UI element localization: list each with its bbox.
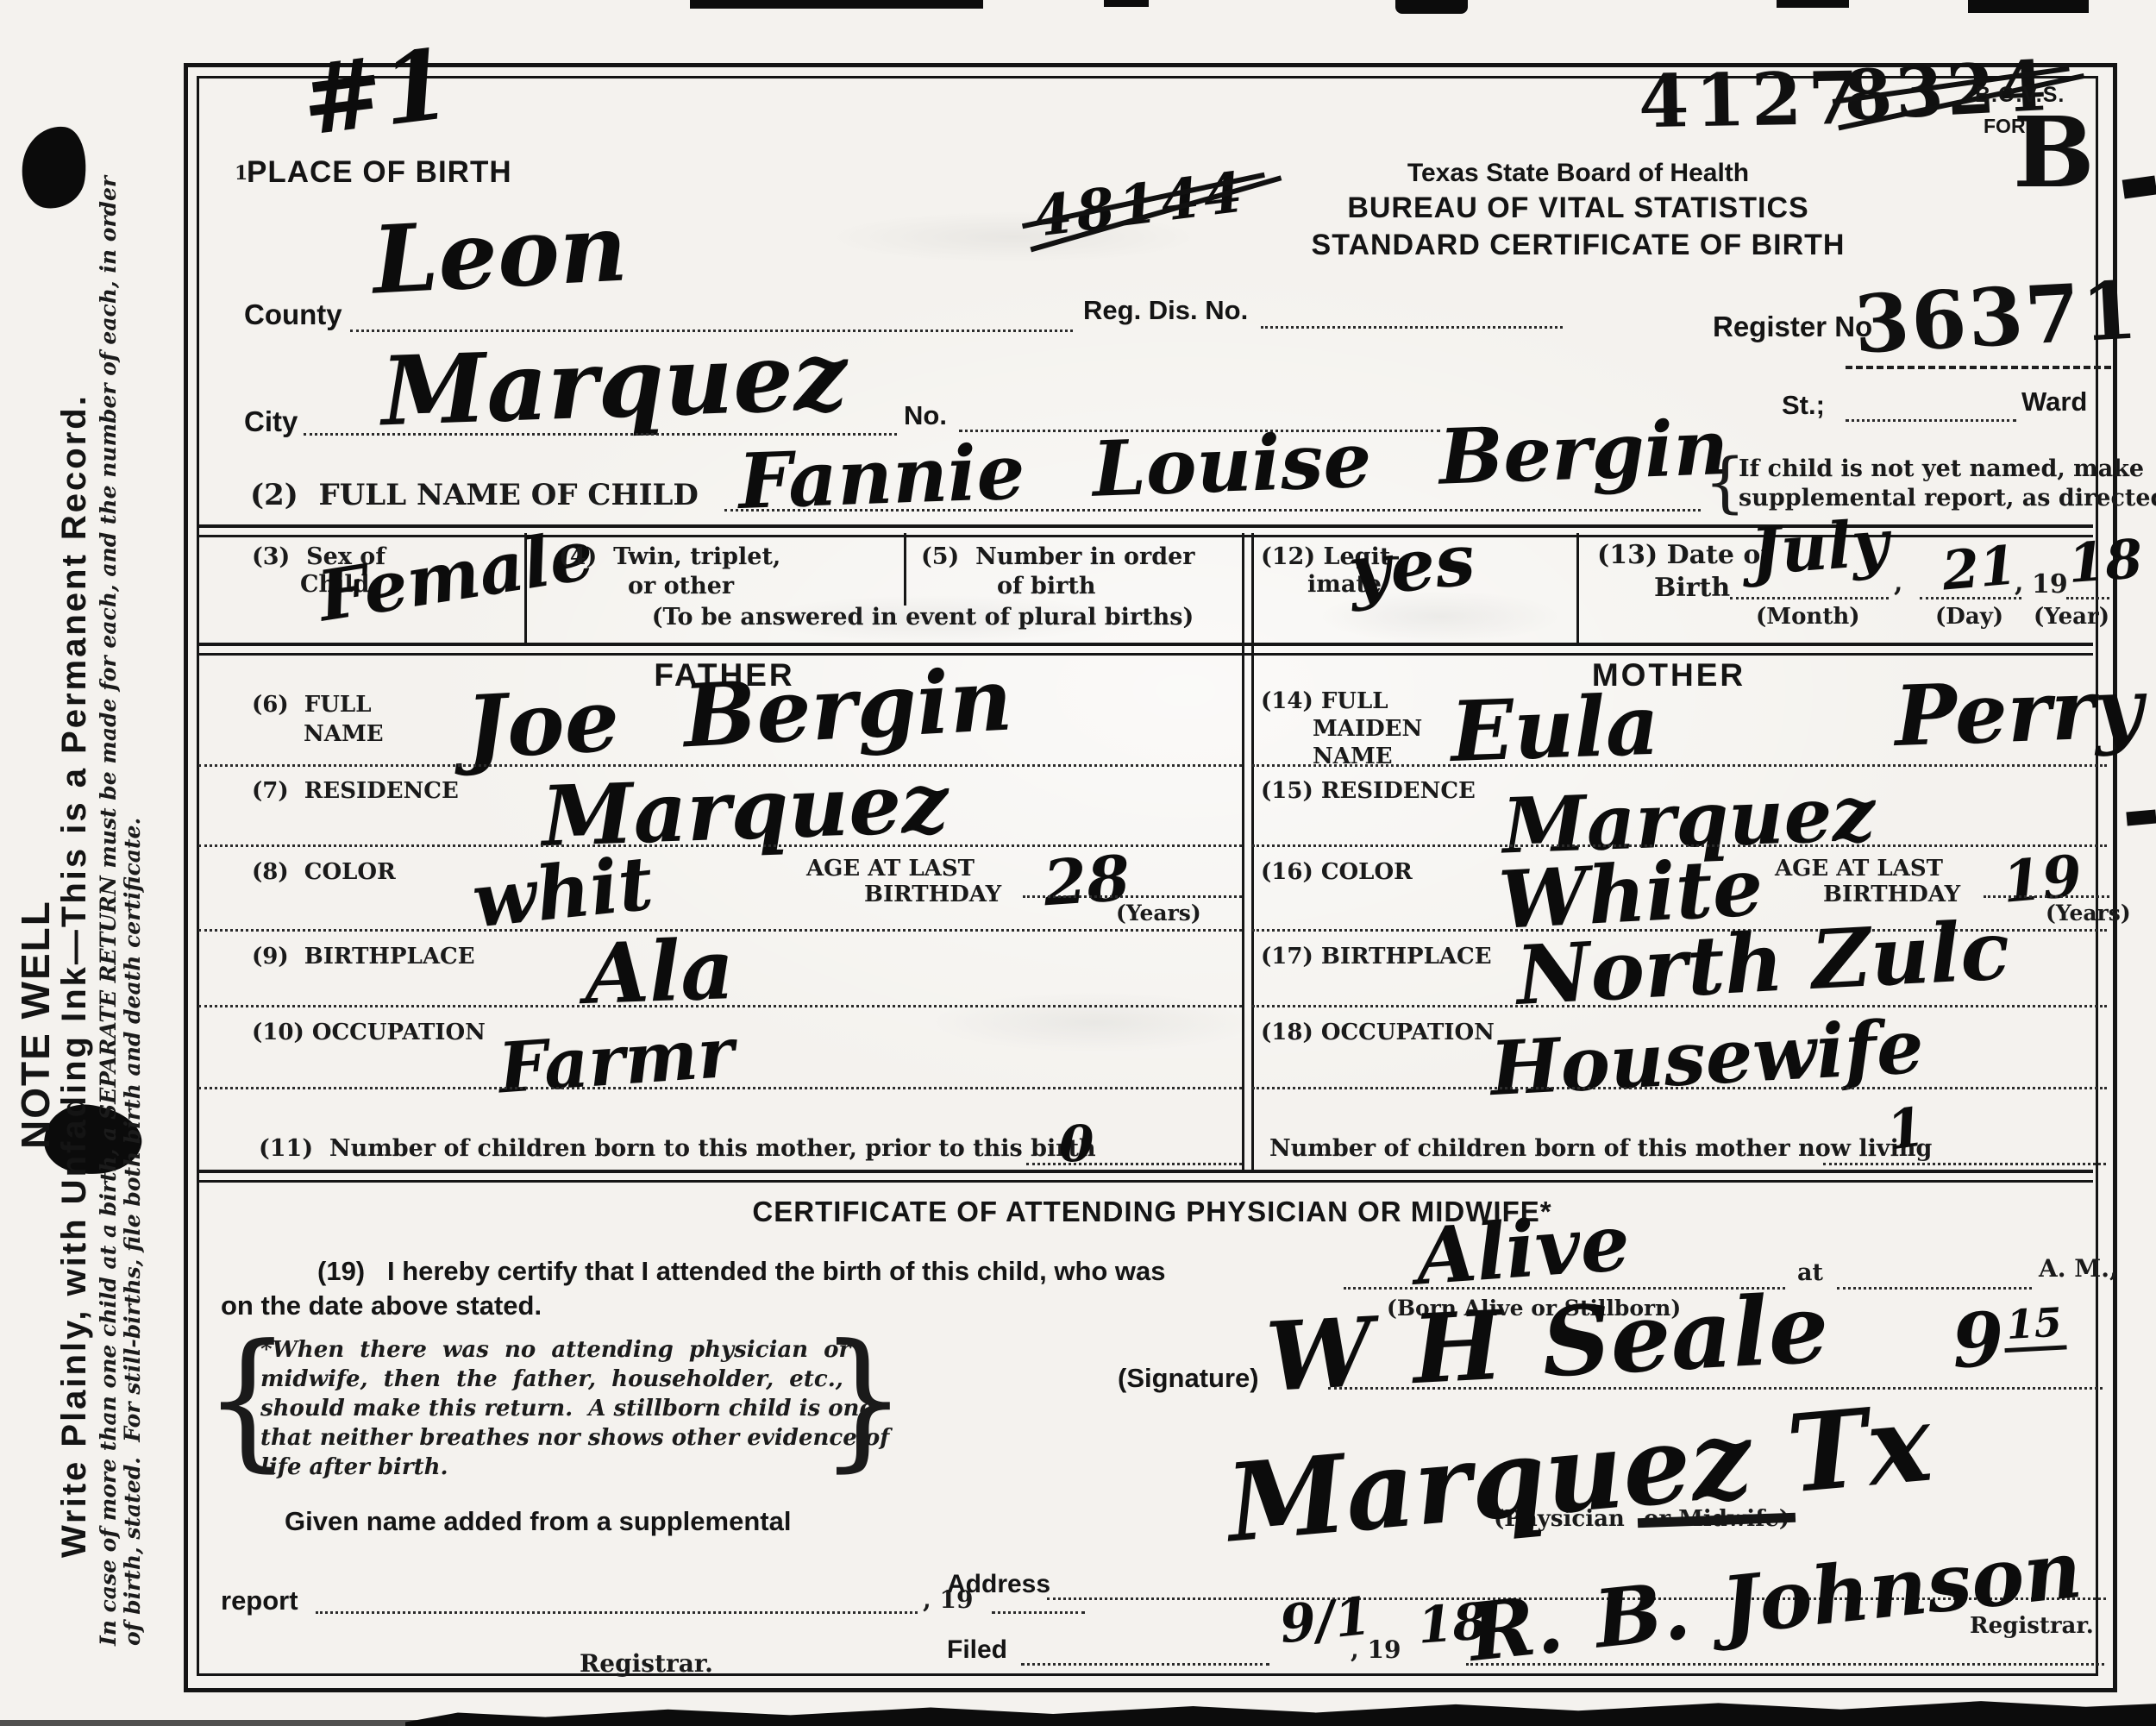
- city-label: City: [244, 405, 298, 438]
- supplemental-note: Given name added from a supplemental: [285, 1506, 791, 1537]
- mother-birthplace-label: (17) BIRTHPLACE: [1261, 944, 1492, 970]
- header-bureau: BUREAU OF VITAL STATISTICS: [1250, 191, 1906, 225]
- children-prior-label: (11) Number of children born to this mot…: [259, 1135, 1096, 1162]
- date-of-birth-label: (13) Date of: [1597, 540, 1771, 570]
- month-line: [1730, 597, 1889, 599]
- footnote-line4: that neither breathes nor shows other ev…: [260, 1423, 889, 1453]
- header-certificate-title: STANDARD CERTIFICATE OF BIRTH: [1250, 229, 1906, 262]
- scan-edge-mark: [1968, 0, 2089, 13]
- mother-age-label1: AGE AT LAST: [1775, 856, 1943, 882]
- father-age-label2: BIRTHDAY: [864, 882, 1001, 907]
- child-note-line2: supplemental report, as directed: [1739, 485, 2156, 512]
- mother-years-caption: (Years): [2046, 901, 2131, 926]
- full-name-of-child-label: (2) FULL NAME OF CHILD: [250, 478, 699, 512]
- mother-maiden-label: (14) FULL: [1261, 688, 1388, 714]
- day-line: [1920, 597, 2021, 599]
- row-separator: [1252, 1005, 2107, 1007]
- birth-time-hour: 9: [1950, 1296, 2006, 1385]
- form-header: Texas State Board of Health BUREAU OF VI…: [1250, 159, 1906, 262]
- number-in-order-label: (5) Number in order: [921, 543, 1195, 570]
- children-living-label: Number of children born of this mother n…: [1269, 1135, 1932, 1162]
- signature-line: [1328, 1387, 2103, 1390]
- father-occupation-value: Farmr: [496, 1012, 736, 1109]
- registrar-caption-left: Registrar.: [580, 1649, 713, 1678]
- section-rule: [198, 1170, 2093, 1183]
- date-comma2: ,: [2015, 568, 2023, 598]
- scanned-birth-certificate: NOTE WELL Write Plainly, with Unfading I…: [0, 0, 2156, 1726]
- margin-case-line1: In case of more than one child at a birt…: [97, 176, 121, 1646]
- father-color-label: (8) COLOR: [252, 859, 396, 885]
- mother-residence-label: (15) RESIDENCE: [1261, 778, 1476, 804]
- city-value: Marquez: [379, 320, 849, 448]
- handwritten-index-number: #1: [296, 28, 456, 158]
- file-number: 4127: [1638, 55, 1865, 145]
- place-of-birth-label: PLACE OF BIRTH: [247, 155, 512, 190]
- ward-label: Ward: [2021, 386, 2087, 417]
- date-comma: ,: [1894, 568, 1902, 598]
- center-divider: [1242, 533, 1254, 1170]
- row-separator: [198, 1005, 1242, 1007]
- father-age-line: [1023, 895, 1242, 898]
- birth-day-value: 21: [1940, 533, 2019, 602]
- footnote-line5: life after birth.: [260, 1453, 889, 1482]
- am-label: A. M.,: [2039, 1254, 2118, 1283]
- row-separator: [198, 1087, 1242, 1089]
- scan-bottom-band: [405, 1694, 2156, 1726]
- mother-color-label: (16) COLOR: [1261, 859, 1413, 885]
- report-year-line: [992, 1611, 1085, 1614]
- mother-age-label2: BIRTHDAY: [1823, 882, 1960, 907]
- scan-edge-mark: [2126, 810, 2156, 826]
- year-printed: 19: [2032, 569, 2068, 599]
- twin-triplet-label2: or other: [628, 573, 734, 599]
- margin-case-line2: of birth, stated. For still-births, file…: [121, 176, 145, 1646]
- margin-write-plainly: Write Plainly, with Unfading Ink—This is…: [55, 393, 94, 1558]
- footnote-line1: *When there was no attending physician o…: [260, 1335, 889, 1365]
- father-occupation-label: (10) OCCUPATION: [252, 1020, 486, 1045]
- mother-occupation-label: (18) OCCUPATION: [1261, 1020, 1495, 1045]
- father-full-name-label2: NAME: [304, 721, 384, 747]
- no-label: No.: [904, 400, 947, 431]
- birth-year-value: 18: [2066, 527, 2145, 595]
- form-letter-b: B: [2013, 97, 2095, 210]
- twin-triplet-label: (4) Twin, triplet,: [559, 543, 780, 570]
- year-caption: (Year): [2034, 604, 2109, 630]
- county-label: County: [244, 298, 342, 331]
- child-name-line: [724, 509, 1701, 512]
- margin-separate-return-note: In case of more than one child at a birt…: [97, 176, 145, 1646]
- birth-time-minutes: 15: [2002, 1298, 2066, 1353]
- st-label: St.;: [1782, 390, 1825, 421]
- register-label: Register No: [1713, 311, 1872, 343]
- children-living-line: [1823, 1163, 2106, 1165]
- column-divider: [904, 533, 906, 606]
- reg-dis-label: Reg. Dis. No.: [1083, 295, 1248, 326]
- children-prior-value: 0: [1059, 1114, 1094, 1173]
- filed-year-printed: , 19: [1351, 1635, 1401, 1664]
- scan-edge-mark: [1104, 0, 1149, 7]
- row-separator: [1252, 764, 2107, 767]
- margin-note-well: NOTE WELL: [12, 900, 59, 1149]
- month-caption: (Month): [1756, 604, 1860, 630]
- footnote-line2: midwife, then the father, householder, e…: [260, 1365, 889, 1394]
- filed-label: Filed: [947, 1635, 1007, 1665]
- birth-month-value: July: [1748, 506, 1891, 590]
- child-note-line1: If child is not yet named, make: [1739, 455, 2144, 482]
- year-line: [2066, 597, 2109, 599]
- certify-statement-line1: (19) I hereby certify that I attended th…: [317, 1256, 1166, 1287]
- signature-label: (Signature): [1118, 1363, 1259, 1394]
- scan-edge-mark: [1395, 0, 1468, 14]
- father-residence-label: (7) RESIDENCE: [252, 778, 459, 804]
- date-of-birth-label2: Birth: [1654, 573, 1730, 603]
- mother-age-line: [1984, 895, 2109, 898]
- filed-line: [1021, 1663, 1269, 1666]
- scan-bottom-band: [0, 1720, 448, 1726]
- number-in-order-label2: of birth: [997, 573, 1096, 599]
- section-rule: [198, 643, 2093, 656]
- header-board: Texas State Board of Health: [1250, 159, 1906, 188]
- footnote-brace-close: }: [819, 1312, 907, 1486]
- footnote-block: *When there was no attending physician o…: [260, 1335, 889, 1482]
- scan-edge-mark: [1777, 0, 1849, 8]
- ink-blot: [17, 122, 92, 212]
- plural-births-note: (To be answered in event of plural birth…: [604, 604, 1242, 631]
- scan-edge-mark: [2122, 175, 2156, 198]
- register-underline: [1846, 366, 2111, 369]
- address-label: Address: [947, 1570, 1050, 1599]
- day-caption: (Day): [1935, 604, 2003, 630]
- mother-maiden-label2: MAIDEN: [1313, 716, 1422, 742]
- father-age-label1: AGE AT LAST: [806, 856, 975, 882]
- registrar-caption-right: Registrar.: [1970, 1613, 2094, 1639]
- footnote-line3: should make this return. A stillborn chi…: [260, 1394, 889, 1423]
- form-stacked-letters: FORM: [1984, 114, 2002, 139]
- scan-edge-mark: [690, 0, 983, 9]
- county-value: Leon: [370, 193, 630, 315]
- father-birthplace-value: Ala: [583, 920, 736, 1023]
- reg-dis-line: [1261, 326, 1563, 329]
- row-separator: [1252, 1087, 2107, 1089]
- register-number: 36371: [1852, 263, 2140, 371]
- report-line: [316, 1611, 918, 1614]
- st-line: [1846, 419, 2016, 422]
- time-line: [1837, 1287, 2032, 1290]
- father-years-caption: (Years): [1116, 901, 1201, 926]
- column-divider: [1576, 533, 1579, 643]
- report-label: report: [221, 1585, 298, 1616]
- legitimate-value: yes: [1344, 518, 1478, 614]
- father-birthplace-label: (9) BIRTHPLACE: [252, 944, 475, 970]
- father-full-name-label: (6) FULL: [252, 692, 372, 718]
